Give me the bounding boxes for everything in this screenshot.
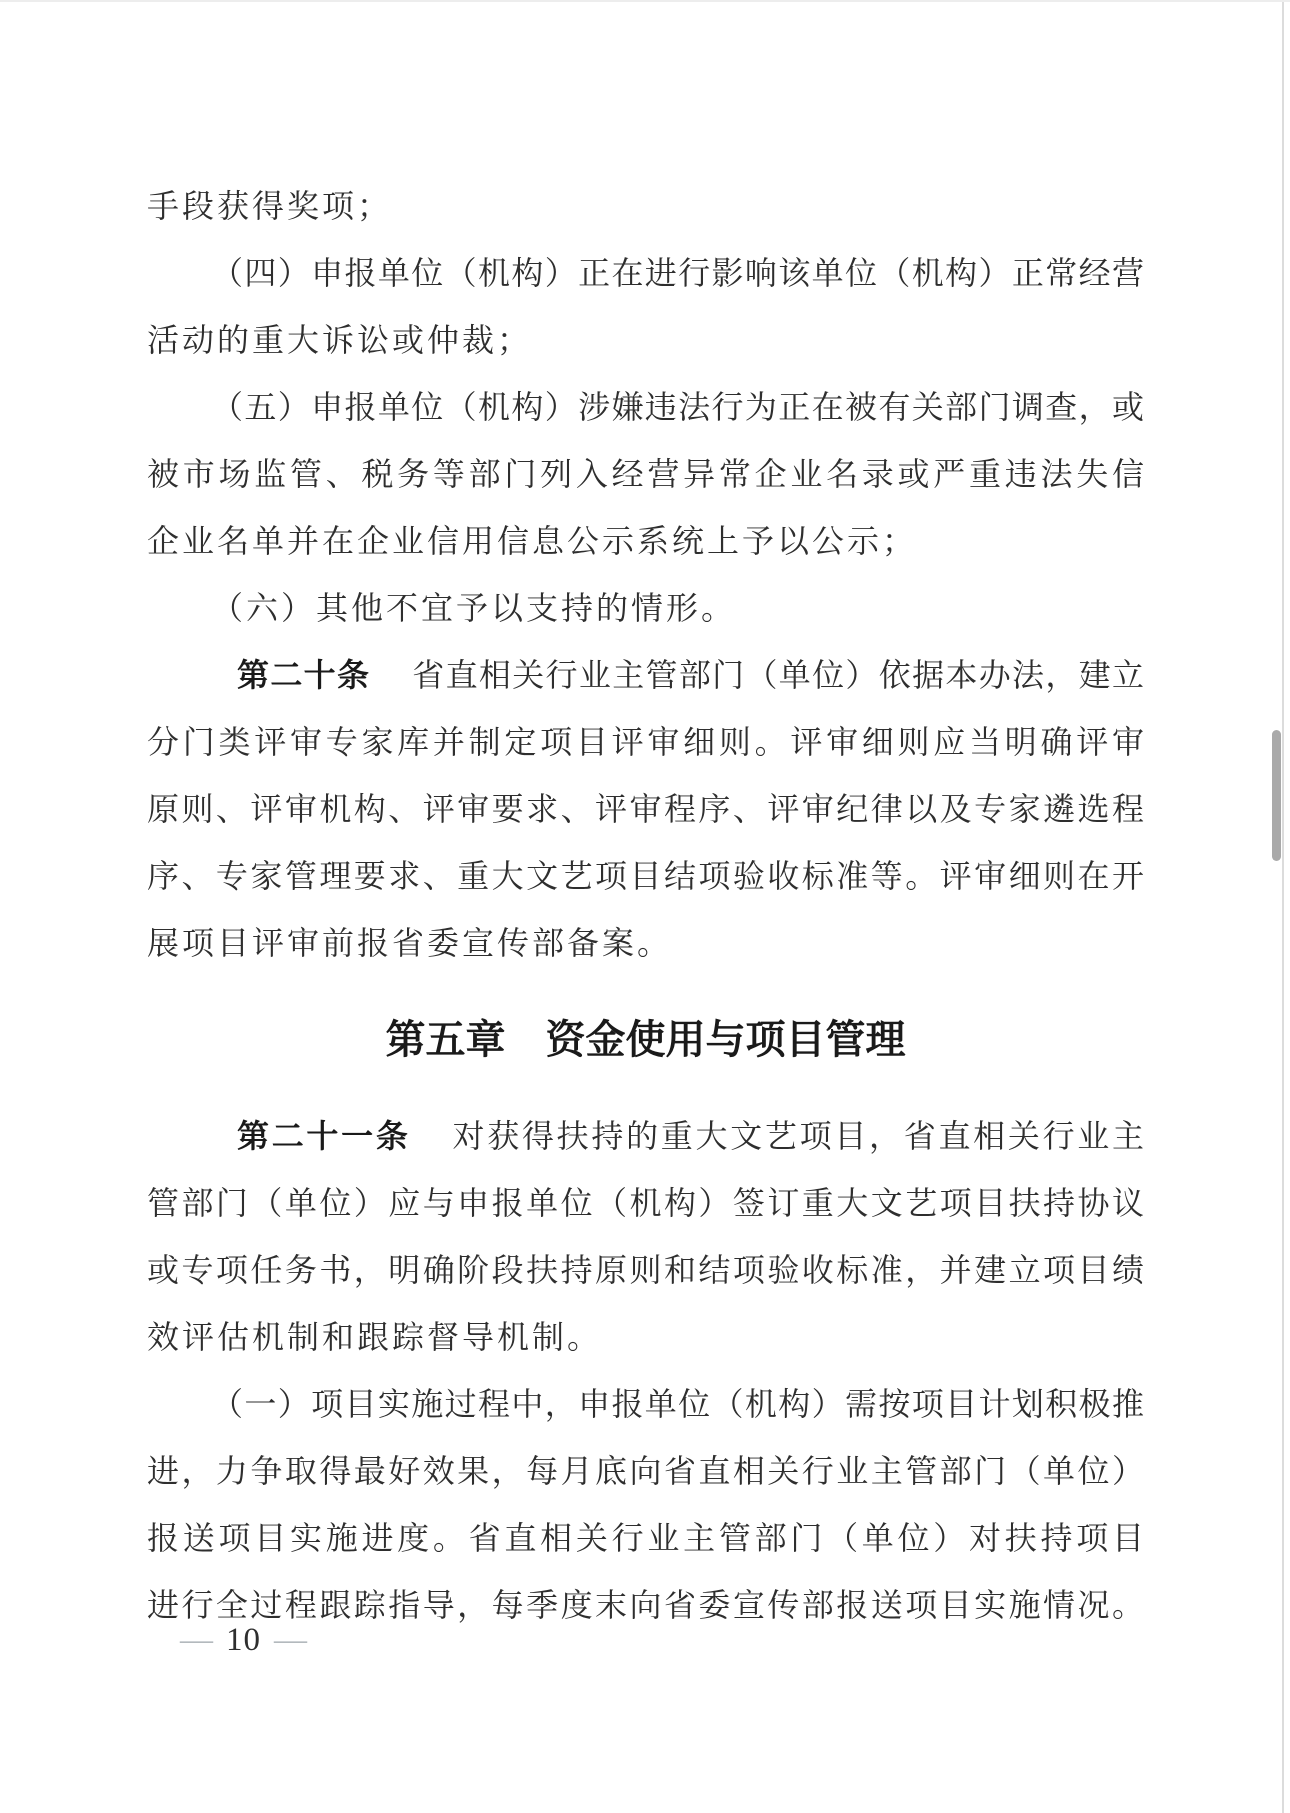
text-line: 序、专家管理要求、重大文艺项目结项验收标准等。评审细则在开 xyxy=(147,843,1144,910)
text-line: 报送项目实施进度。省直相关行业主管部门（单位）对扶持项目 xyxy=(147,1505,1144,1572)
article-number: 第二十一条 xyxy=(237,1118,411,1154)
page-number-value: 10 xyxy=(226,1622,261,1659)
text-line: 或专项任务书，明确阶段扶持原则和结项验收标准，并建立项目绩 xyxy=(147,1237,1144,1304)
text-line: 第二十一条对获得扶持的重大文艺项目，省直相关行业主 xyxy=(147,1103,1144,1170)
text-line: 企业名单并在企业信用信息公示系统上予以公示； xyxy=(147,508,1144,575)
text-line: （五）申报单位（机构）涉嫌违法行为正在被有关部门调查，或 xyxy=(147,374,1144,441)
chapter-title: 资金使用与项目管理 xyxy=(546,1018,906,1062)
text-line: 管部门（单位）应与申报单位（机构）签订重大文艺项目扶持协议 xyxy=(147,1170,1144,1237)
text-line: 进，力争取得最好效果，每月底向省直相关行业主管部门（单位） xyxy=(147,1438,1144,1505)
document-page: 手段获得奖项；（四）申报单位（机构）正在进行影响该单位（机构）正常经营活动的重大… xyxy=(0,0,1290,1813)
text-line: （四）申报单位（机构）正在进行影响该单位（机构）正常经营 xyxy=(147,240,1144,307)
chapter-heading: 第五章资金使用与项目管理 xyxy=(147,977,1144,1103)
page-edge-divider xyxy=(1282,2,1284,1813)
scrollbar-thumb[interactable] xyxy=(1272,730,1281,861)
text-line: 展项目评审前报省委宣传部备案。 xyxy=(147,910,1144,977)
text-line: 原则、评审机构、评审要求、评审程序、评审纪律以及专家遴选程 xyxy=(147,776,1144,843)
page-number-left-dash: — xyxy=(180,1622,213,1659)
text-line: （六）其他不宜予以支持的情形。 xyxy=(147,575,1144,642)
page-number: — 10 — xyxy=(180,1620,307,1660)
chapter-number: 第五章 xyxy=(386,1018,506,1062)
text-line: 效评估机制和跟踪督导机制。 xyxy=(147,1304,1144,1371)
text-line: 被市场监管、税务等部门列入经营异常企业名录或严重违法失信 xyxy=(147,441,1144,508)
text-line: （一）项目实施过程中，申报单位（机构）需按项目计划积极推 xyxy=(147,1371,1144,1438)
article-number: 第二十条 xyxy=(237,657,370,693)
document-body: 手段获得奖项；（四）申报单位（机构）正在进行影响该单位（机构）正常经营活动的重大… xyxy=(147,173,1144,1639)
text-line: 第二十条省直相关行业主管部门（单位）依据本办法，建立 xyxy=(147,642,1144,709)
text-line: 手段获得奖项； xyxy=(147,173,1144,240)
text-line: 分门类评审专家库并制定项目评审细则。评审细则应当明确评审 xyxy=(147,709,1144,776)
page-number-right-dash: — xyxy=(274,1622,307,1659)
text-line: 活动的重大诉讼或仲裁； xyxy=(147,307,1144,374)
